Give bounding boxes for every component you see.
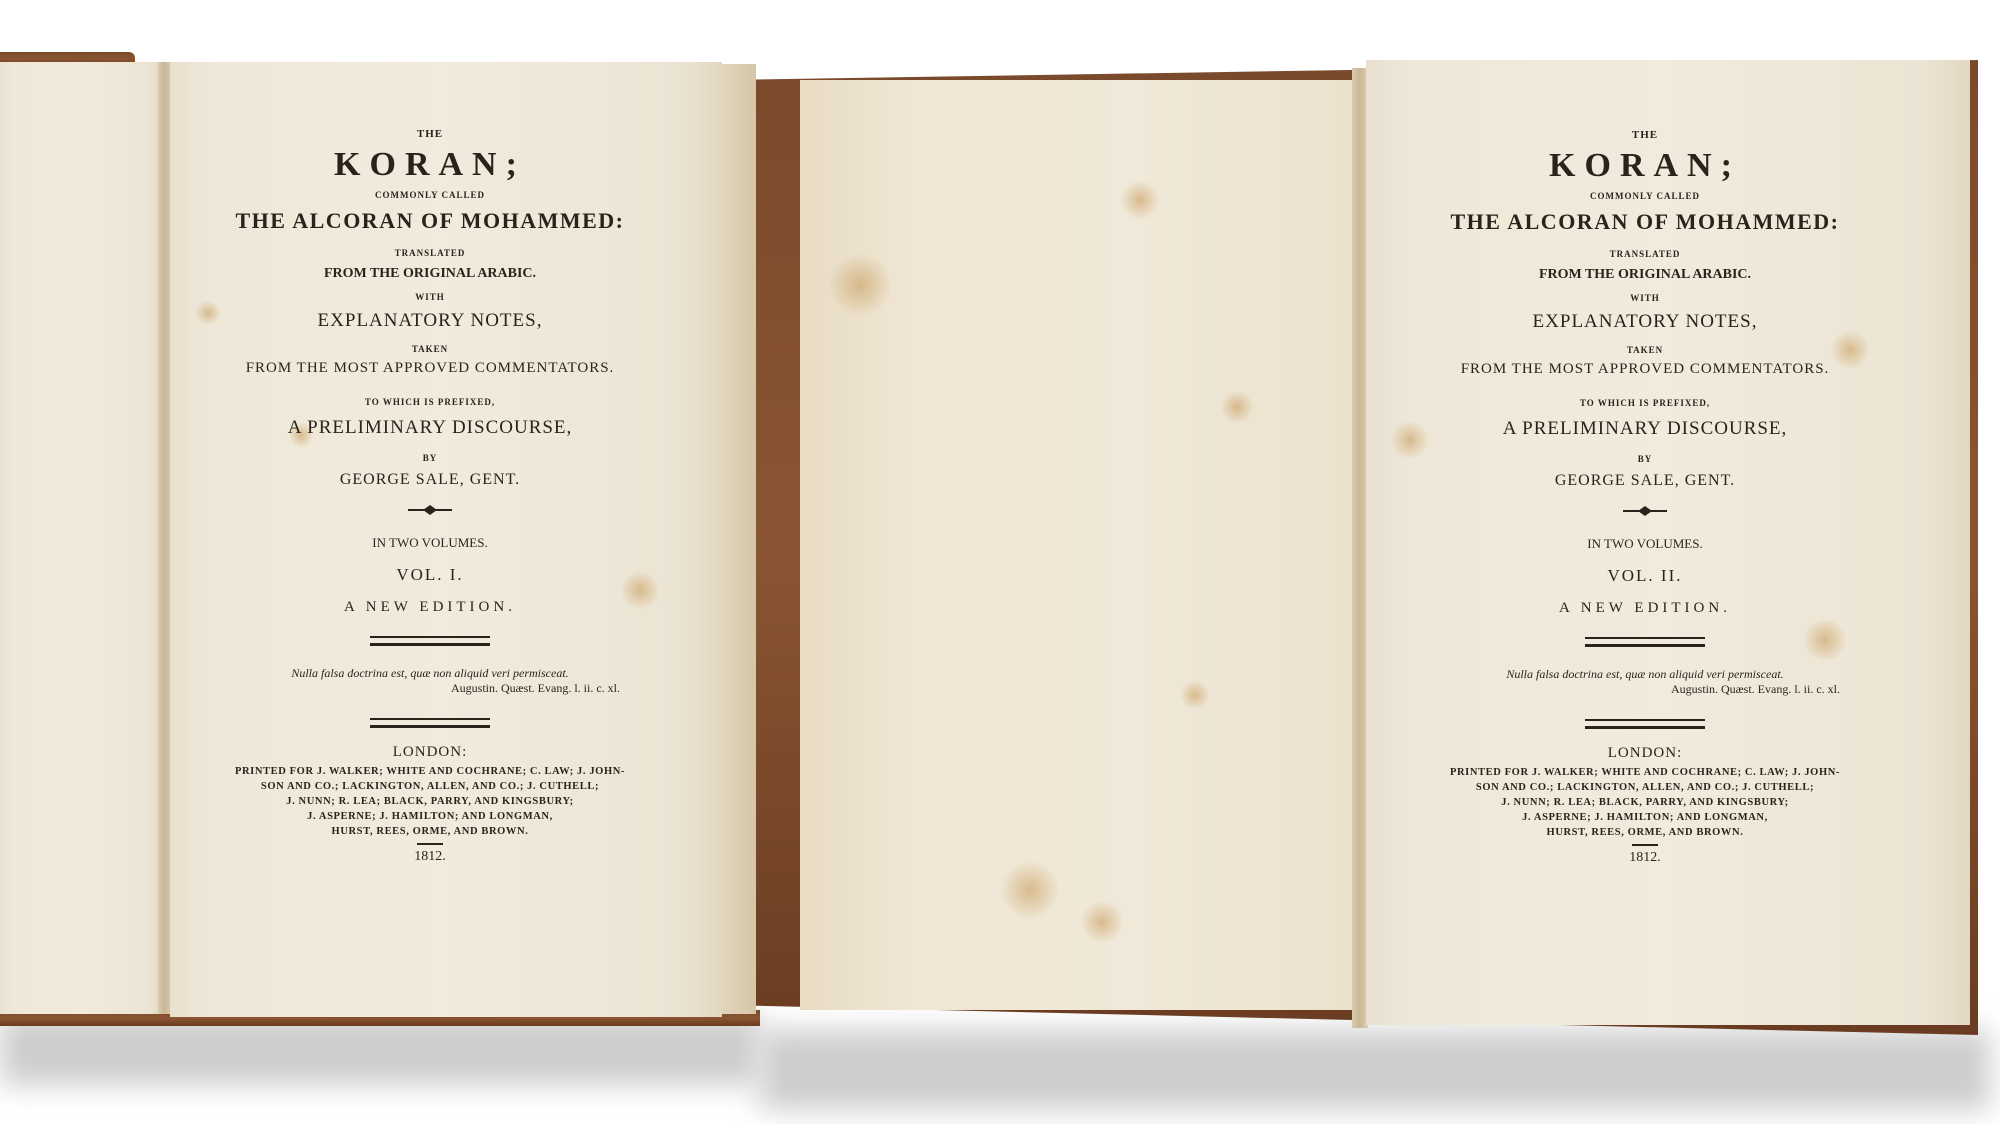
new-edition: A NEW EDITION.: [1410, 600, 1880, 617]
vol1-title-block: THE KORAN; COMMONLY CALLED THE ALCORAN O…: [200, 128, 660, 865]
printer-line: SON AND CO.; LACKINGTON, ALLEN, AND CO.;…: [200, 779, 660, 794]
prefixed-label: TO WHICH IS PREFIXED,: [1410, 398, 1880, 408]
epigraph-source: Augustin. Quæst. Evang. l. ii. c. xl.: [1410, 682, 1880, 697]
double-rule: [370, 636, 490, 646]
with-label: WITH: [200, 292, 660, 302]
foxing-spot: [1080, 900, 1124, 944]
the-label: THE: [1410, 129, 1880, 141]
author-name: GEORGE SALE, GENT.: [200, 471, 660, 489]
ornament-icon: [1623, 508, 1667, 514]
by-label: BY: [1410, 454, 1880, 464]
new-edition: A NEW EDITION.: [200, 599, 660, 616]
vol2-title-block: THE KORAN; COMMONLY CALLED THE ALCORAN O…: [1410, 129, 1880, 866]
vol1-fore-edge: [720, 64, 756, 1014]
book-title: KORAN;: [1410, 147, 1880, 185]
printer-line: J. NUNN; R. LEA; BLACK, PARRY, AND KINGS…: [1410, 795, 1880, 810]
two-volumes: IN TWO VOLUMES.: [200, 535, 660, 551]
double-rule: [1585, 637, 1705, 647]
epigraph: Nulla falsa doctrina est, quæ non aliqui…: [200, 666, 660, 681]
printer-line: J. ASPERNE; J. HAMILTON; AND LONGMAN,: [1410, 810, 1880, 825]
vol1-verso-page: [0, 62, 162, 1014]
printer-line: SON AND CO.; LACKINGTON, ALLEN, AND CO.;…: [1410, 780, 1880, 795]
preliminary-discourse: A PRELIMINARY DISCOURSE,: [200, 417, 660, 439]
taken-label: TAKEN: [1410, 345, 1880, 355]
from-original: FROM THE ORIGINAL ARABIC.: [1410, 267, 1880, 283]
foxing-spot: [1120, 180, 1160, 220]
imprint-year: 1812.: [200, 849, 660, 865]
by-label: BY: [200, 453, 660, 463]
foxing-spot: [1000, 860, 1060, 920]
commentators-line: FROM THE MOST APPROVED COMMENTATORS.: [200, 360, 660, 377]
printer-line: J. NUNN; R. LEA; BLACK, PARRY, AND KINGS…: [200, 794, 660, 809]
vol2-endpaper: [800, 80, 1360, 1010]
printer-line: J. ASPERNE; J. HAMILTON; AND LONGMAN,: [200, 809, 660, 824]
explanatory-notes: EXPLANATORY NOTES,: [200, 310, 660, 332]
two-volumes: IN TWO VOLUMES.: [1410, 536, 1880, 552]
double-rule: [1585, 719, 1705, 729]
imprint-city: LONDON:: [200, 744, 660, 761]
commentators-line: FROM THE MOST APPROVED COMMENTATORS.: [1410, 361, 1880, 378]
epigraph-source: Augustin. Quæst. Evang. l. ii. c. xl.: [200, 681, 660, 696]
taken-label: TAKEN: [200, 344, 660, 354]
the-label: THE: [200, 128, 660, 140]
foxing-spot: [830, 250, 890, 320]
printer-line: PRINTED FOR J. WALKER; WHITE AND COCHRAN…: [200, 764, 660, 779]
foxing-spot: [1220, 390, 1254, 424]
author-name: GEORGE SALE, GENT.: [1410, 472, 1880, 490]
book-title: KORAN;: [200, 146, 660, 184]
from-original: FROM THE ORIGINAL ARABIC.: [200, 266, 660, 282]
printer-line: HURST, REES, ORME, AND BROWN.: [200, 824, 660, 839]
short-rule: [417, 843, 443, 845]
printer-line: HURST, REES, ORME, AND BROWN.: [1410, 825, 1880, 840]
book-subtitle: THE ALCORAN OF MOHAMMED:: [1410, 209, 1880, 235]
foxing-spot: [1180, 680, 1210, 710]
prefixed-label: TO WHICH IS PREFIXED,: [200, 397, 660, 407]
with-label: WITH: [1410, 293, 1880, 303]
book-subtitle: THE ALCORAN OF MOHAMMED:: [200, 208, 660, 234]
volume-number: VOL. II.: [1410, 566, 1880, 586]
ornament-icon: [408, 507, 452, 513]
table-shadow-right: [760, 1030, 1990, 1110]
epigraph: Nulla falsa doctrina est, quæ non aliqui…: [1410, 667, 1880, 682]
translated-label: TRANSLATED: [200, 248, 660, 258]
explanatory-notes: EXPLANATORY NOTES,: [1410, 311, 1880, 333]
double-rule: [370, 718, 490, 728]
commonly-called: COMMONLY CALLED: [1410, 191, 1880, 201]
printer-line: PRINTED FOR J. WALKER; WHITE AND COCHRAN…: [1410, 765, 1880, 780]
translated-label: TRANSLATED: [1410, 249, 1880, 259]
imprint-year: 1812.: [1410, 850, 1880, 866]
commonly-called: COMMONLY CALLED: [200, 190, 660, 200]
preliminary-discourse: A PRELIMINARY DISCOURSE,: [1410, 418, 1880, 440]
short-rule: [1632, 844, 1658, 846]
imprint-city: LONDON:: [1410, 745, 1880, 762]
volume-number: VOL. I.: [200, 565, 660, 585]
